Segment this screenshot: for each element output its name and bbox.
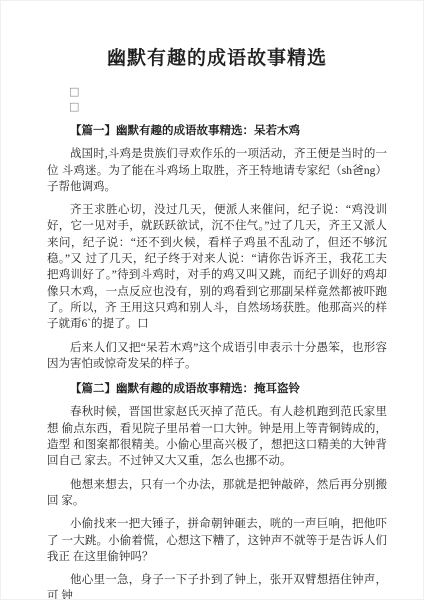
section-story-1: 【篇一】幽默有趣的成语故事精选：呆若木鸡 战国时,斗鸡是贵族们寻欢作乐的一项活动…	[47, 123, 387, 372]
section-story-2: 【篇二】幽默有趣的成语故事精选：掩耳盗铃 春秋时候，晋国世家赵氏灭掉了范氏。有人…	[47, 381, 387, 600]
paragraph: 战国时,斗鸡是贵族们寻欢作乐的一项活动，齐王便是当时的一位 斗鸡迷。为了能在斗鸡…	[47, 146, 387, 195]
document-title: 幽默有趣的成语故事精选	[47, 43, 387, 70]
section-1-heading: 【篇一】幽默有趣的成语故事精选：呆若木鸡	[47, 123, 387, 139]
section-2-heading: 【篇二】幽默有趣的成语故事精选：掩耳盗铃	[47, 381, 387, 397]
paragraph: 他心里一急，身子一下子扑到了钟上，张开双臂想捂住钟声，可 钟	[47, 572, 387, 600]
paragraph: 齐王求胜心切，没过几天，便派人来催问，纪子说：“鸡没训好，它一见对手，就跃跃欲试…	[47, 202, 387, 332]
paragraph: 他想来想去，只有一个办法，那就是把钟敲碎，然后再分别搬回 家。	[47, 477, 387, 510]
placeholder-squares: □ □	[47, 84, 387, 114]
paragraph: 春秋时候，晋国世家赵氏灭掉了范氏。有人趁机跑到范氏家里想 偷点东西，看见院子里吊…	[47, 404, 387, 469]
empty-square-icon: □	[47, 99, 387, 114]
empty-square-icon: □	[47, 84, 387, 99]
document-page: 幽默有趣的成语故事精选 □ □ 【篇一】幽默有趣的成语故事精选：呆若木鸡 战国时…	[0, 0, 424, 600]
paragraph: 后来人们又把“呆若木鸡”这个成语引申表示十分愚笨，也形容 因为害怕或惊奇发呆的样…	[47, 340, 387, 373]
paragraph: 小偷找来一把大锤子，拼命朝钟砸去，咣的一声巨响，把他吓了 一大跳。小偷着慌，心想…	[47, 516, 387, 565]
